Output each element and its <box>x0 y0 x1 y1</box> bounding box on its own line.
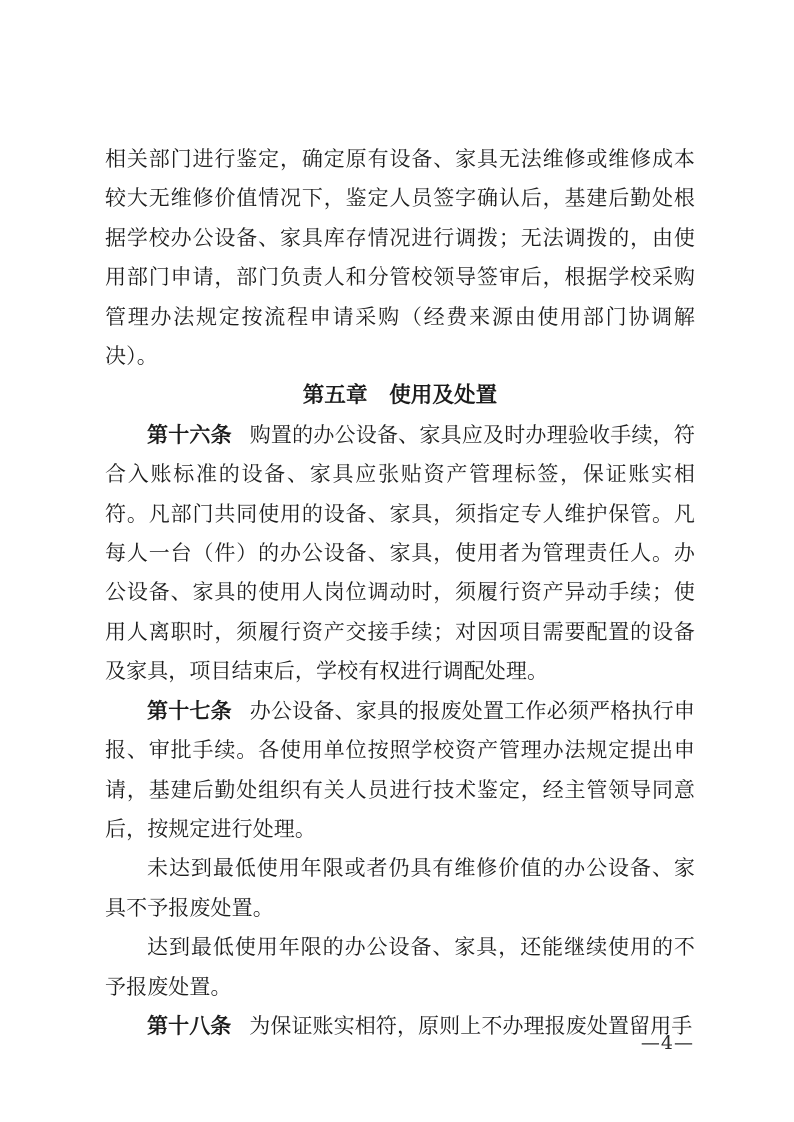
page-number: —4— <box>641 1031 694 1055</box>
body-paragraph-continuation: 相关部门进行鉴定，确定原有设备、家具无法维修或维修成本较大无维修价值情况下，鉴定… <box>105 140 695 376</box>
article-17-paragraph: 第十七条办公设备、家具的报废处置工作必须严格执行申报、审批手续。各使用单位按照学… <box>105 692 695 850</box>
chapter-heading: 第五章 使用及处置 <box>105 376 695 415</box>
article-18-paragraph: 第十八条为保证账实相符，原则上不办理报废处置留用手 <box>105 1007 695 1046</box>
article-16-text: 购置的办公设备、家具应及时办理验收手续，符合入账标准的设备、家具应张贴资产管理标… <box>105 423 695 683</box>
article-18-number: 第十八条 <box>147 1014 231 1038</box>
body-paragraph-no-scrap-under-lifetime: 未达到最低使用年限或者仍具有维修价值的办公设备、家具不予报废处置。 <box>105 849 695 928</box>
article-16-number: 第十六条 <box>147 423 232 447</box>
body-paragraph-no-scrap-still-usable: 达到最低使用年限的办公设备、家具，还能继续使用的不予报废处置。 <box>105 928 695 1007</box>
document-body: 相关部门进行鉴定，确定原有设备、家具无法维修或维修成本较大无维修价值情况下，鉴定… <box>105 140 695 1046</box>
article-18-text: 为保证账实相符，原则上不办理报废处置留用手 <box>249 1014 692 1038</box>
article-16-paragraph: 第十六条购置的办公设备、家具应及时办理验收手续，符合入账标准的设备、家具应张贴资… <box>105 416 695 692</box>
article-17-number: 第十七条 <box>147 699 232 723</box>
document-page: 相关部门进行鉴定，确定原有设备、家具无法维修或维修成本较大无维修价值情况下，鉴定… <box>0 0 794 1122</box>
